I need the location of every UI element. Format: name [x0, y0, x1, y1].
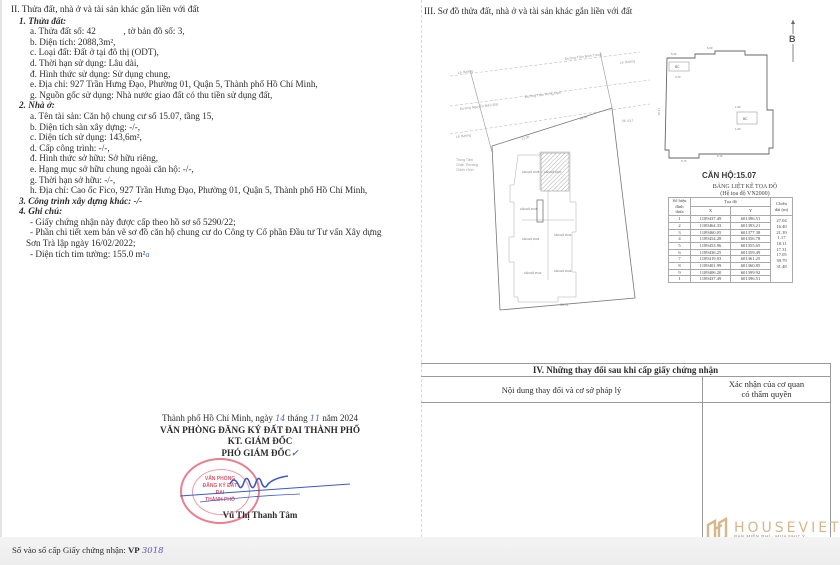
changes-header-row: Nội dung thay đổi và cơ sở pháp lý Xác n…	[421, 377, 830, 403]
position-text: PHÓ GIÁM ĐỐC	[221, 448, 291, 458]
coord-cell-point: 4	[669, 236, 691, 243]
svg-text:CĂN HỘ 15.03: CĂN HỘ 15.03	[554, 268, 572, 273]
change-content-header: Nội dung thay đổi và cơ sở pháp lý	[421, 377, 703, 402]
section-ii-title: II. Thửa đất, nhà ở và tài sản khác gắn …	[11, 5, 411, 16]
on-behalf-of: KT. GIÁM ĐỐC	[130, 436, 390, 448]
svg-text:1.90: 1.90	[735, 105, 741, 109]
coord-cell-point: 1	[669, 216, 691, 223]
svg-text:Lề đường: Lề đường	[620, 59, 636, 65]
coord-table-title: BẢNG LIỆT KÊ TỌA ĐỘ (Hệ tọa độ VN2000)	[690, 184, 800, 198]
date-year: năm 2024	[322, 413, 358, 423]
land-item: a. Thửa đất số: 42 , tờ bản đồ số: 3,	[11, 26, 411, 37]
coord-cell-x: 1189454.28	[691, 236, 731, 243]
svg-text:5.70: 5.70	[681, 159, 687, 163]
handwritten-mark: a	[145, 250, 149, 259]
signature-block: Thành phố Hồ Chí Minh, ngày 14 tháng 11 …	[130, 413, 390, 460]
land-heading: 1. Thửa đất:	[11, 16, 411, 27]
date-day: 14	[275, 414, 285, 423]
svg-text:3.70: 3.70	[675, 75, 681, 79]
check-mark-icon: ✓	[291, 449, 299, 459]
registry-label: Số vào sổ cấp Giấy chứng nhận:	[12, 545, 126, 555]
land-item: g. Nguồn gốc sử dụng: Nhà nước giao đất …	[11, 90, 411, 101]
month-label: tháng	[288, 413, 308, 423]
coord-cell-point: 9	[669, 269, 691, 276]
edge-length: 31.48	[773, 264, 790, 270]
svg-text:CĂN HỘ 15.01: CĂN HỘ 15.01	[554, 232, 572, 237]
svg-text:CĂN HỘ 15.04: CĂN HỘ 15.04	[522, 236, 540, 241]
coord-cell-point: 6	[669, 249, 691, 256]
coord-cell-y: 601393.21	[731, 222, 771, 229]
house-item: h. Địa chỉ: Cao ốc Fico, 927 Trần Hưng Đ…	[11, 185, 411, 196]
coord-lengths: 27.0416.4021.391.1718.1117.3117.0539.793…	[771, 216, 793, 283]
coord-cell-point: 5	[669, 242, 691, 249]
coord-cell-y: 601360.85	[731, 263, 771, 270]
svg-text:10.11: 10.11	[657, 108, 661, 115]
header-point: Số hiệu đỉnh thửa	[669, 198, 691, 216]
house-item: đ. Hình thức sở hữu: Sở hữu riêng,	[11, 153, 411, 164]
house-heading: 2. Nhà ở:	[11, 100, 411, 111]
svg-text:Chỉnh Hình: Chỉnh Hình	[456, 168, 474, 172]
coord-cell-point: 3	[669, 229, 691, 236]
svg-text:Lề đường: Lề đường	[456, 133, 472, 139]
coord-row: 11189437.49601396.5127.0416.4021.391.171…	[669, 216, 793, 223]
north-label: B	[789, 34, 796, 44]
coord-title-text: BẢNG LIỆT KÊ TỌA ĐỘ	[690, 184, 800, 191]
header-coords: Tọa độ	[691, 198, 771, 207]
land-item: c. Loại đất: Đất ở tại đô thị (ODT),	[11, 47, 411, 58]
house-item: b. Diện tích sàn xây dựng: -/-,	[11, 122, 411, 133]
coord-cell-y: 601361.25	[731, 256, 771, 263]
svg-text:21.35: 21.35	[521, 135, 530, 141]
land-info-section: II. Thửa đất, nhà ở và tài sản khác gắn …	[11, 5, 411, 260]
signature-icon	[160, 470, 360, 510]
change-content-cell	[421, 403, 703, 547]
coord-cell-x: 1189464.33	[691, 222, 731, 229]
coord-cell-y: 601396.51	[731, 276, 771, 283]
coord-cell-point: 7	[669, 256, 691, 263]
wall-area-text: - Diện tích tim tường: 155.0 m²	[30, 249, 145, 259]
svg-text:1.60: 1.60	[735, 127, 741, 131]
svg-text:6.00: 6.00	[707, 46, 713, 50]
svg-text:CĂN HỘ 15.05: CĂN HỘ 15.05	[520, 206, 538, 211]
coord-cell-x: 1189453.96	[691, 242, 731, 249]
page-edge	[0, 0, 2, 565]
issue-date: Thành phố Hồ Chí Minh, ngày 14 tháng 11 …	[130, 413, 390, 425]
svg-text:Đường Trần Hưng Đạo: Đường Trần Hưng Đạo	[525, 91, 561, 99]
house-item: e. Hạng mục sở hữu chung ngoài căn hộ: -…	[11, 164, 411, 175]
note-line: - Phần chi tiết xem bản vẽ sơ đồ căn hộ …	[11, 227, 411, 238]
apartment-floor-plan: BC BC 5.40 3.70 6.00 10.11 5.70 5.15 1.9…	[655, 40, 780, 170]
svg-text:NL 917: NL 917	[622, 119, 633, 123]
coord-cell-y: 601396.51	[731, 216, 771, 223]
house-item: d. Cấp công trình: -/-,	[11, 143, 411, 154]
svg-text:Chấn Thương: Chấn Thương	[456, 163, 478, 167]
svg-text:BC: BC	[675, 65, 680, 69]
date-month: 11	[310, 414, 320, 423]
section-iii-title: III. Sơ đồ thửa đất, nhà ở và tài sản kh…	[424, 6, 632, 16]
signer-name: Vũ Thị Thanh Tâm	[130, 510, 390, 520]
coord-cell-y: 601359.49	[731, 249, 771, 256]
house-item: c. Diện tích sử dụng: 143,6m²,	[11, 132, 411, 143]
section-iv-title: IV. Những thay đổi sau khi cấp giấy chứn…	[421, 364, 830, 377]
svg-text:CĂN HỘ 15.02: CĂN HỘ 15.02	[524, 270, 542, 275]
authority-confirmation-header: Xác nhận của cơ quan có thẩm quyền	[703, 377, 830, 402]
svg-text:CĂN HỘ 15.06: CĂN HỘ 15.06	[522, 169, 540, 174]
notes-heading: 4. Ghi chú:	[11, 206, 411, 217]
coord-cell-x: 1189406.20	[691, 269, 731, 276]
coord-cell-y: 601356.78	[731, 236, 771, 243]
issuing-office: VĂN PHÒNG ĐĂNG KÝ ĐẤT ĐAI THÀNH PHỐ	[130, 425, 390, 437]
land-item: b. Diện tích: 2088,3m²,	[11, 37, 411, 48]
house-item: g. Thời hạn sở hữu: -/-,	[11, 175, 411, 186]
coord-cell-x: 1189460.05	[691, 229, 731, 236]
svg-text:5.40: 5.40	[671, 52, 677, 56]
coord-cell-y: 601355.65	[731, 242, 771, 249]
note-line: Sơn Trà lập ngày 16/02/2022;	[11, 238, 411, 249]
svg-text:BC: BC	[743, 117, 748, 121]
header-x: X	[691, 207, 731, 216]
coord-cell-x: 1189437.49	[691, 216, 731, 223]
date-prefix: Thành phố Hồ Chí Minh, ngày	[162, 413, 273, 423]
registry-prefix: VP	[128, 545, 140, 555]
apartment-name: CĂN HỘ:15.07	[702, 171, 756, 180]
svg-text:5.15: 5.15	[717, 154, 723, 158]
coord-cell-x: 1189437.49	[691, 276, 731, 283]
coordinate-table: Số hiệu đỉnh thửa Tọa độ Chiều dài (m) X…	[668, 197, 793, 283]
coord-cell-y: 601377.38	[731, 229, 771, 236]
header-length: Chiều dài (m)	[771, 198, 793, 216]
signer-position: PHÓ GIÁM ĐỐC✓	[130, 448, 390, 461]
coord-cell-x: 1189419.03	[691, 256, 731, 263]
other-works: 3. Công trình xây dựng khác: -/-	[11, 196, 411, 207]
certificate-page: II. Thửa đất, nhà ở và tài sản khác gắn …	[0, 0, 840, 565]
coord-cell-y: 601399.92	[731, 269, 771, 276]
header-y: Y	[731, 207, 771, 216]
registry-value: 3018	[142, 546, 164, 556]
land-item: e. Địa chỉ: 927 Trần Hưng Đạo, Phường 01…	[11, 79, 411, 90]
land-item: d. Thời hạn sử dụng: Lâu dài,	[11, 58, 411, 69]
site-plan-diagram: Lề đường Đường Trần Bình Trọng Lề đường …	[440, 40, 655, 325]
note-line: - Diện tích tim tường: 155.0 m²a	[11, 249, 411, 261]
svg-text:35.73: 35.73	[560, 303, 568, 307]
coord-cell-point: 2	[669, 222, 691, 229]
house-item: a. Tên tài sản: Căn hộ chung cư số 15.07…	[11, 111, 411, 122]
brand-name: HOUSEVIET	[734, 521, 840, 535]
svg-text:16.49: 16.49	[579, 115, 588, 121]
col2-line: có thẩm quyền	[729, 390, 804, 400]
svg-text:Đường Trần Bình Trọng: Đường Trần Bình Trọng	[565, 52, 602, 61]
coord-cell-point: 8	[669, 263, 691, 270]
svg-text:Trung Tâm: Trung Tâm	[456, 158, 473, 162]
note-line: - Giấy chứng nhận này được cấp theo hồ s…	[11, 217, 411, 228]
registry-number-overlay: Số vào sổ cấp Giấy chứng nhận: VP 3018	[12, 545, 164, 556]
coord-cell-point: 1	[669, 276, 691, 283]
coord-cell-x: 1189436.25	[691, 249, 731, 256]
coord-cell-x: 1189401.99	[691, 263, 731, 270]
land-item: đ. Hình thức sử dụng: Sử dụng chung,	[11, 69, 411, 80]
